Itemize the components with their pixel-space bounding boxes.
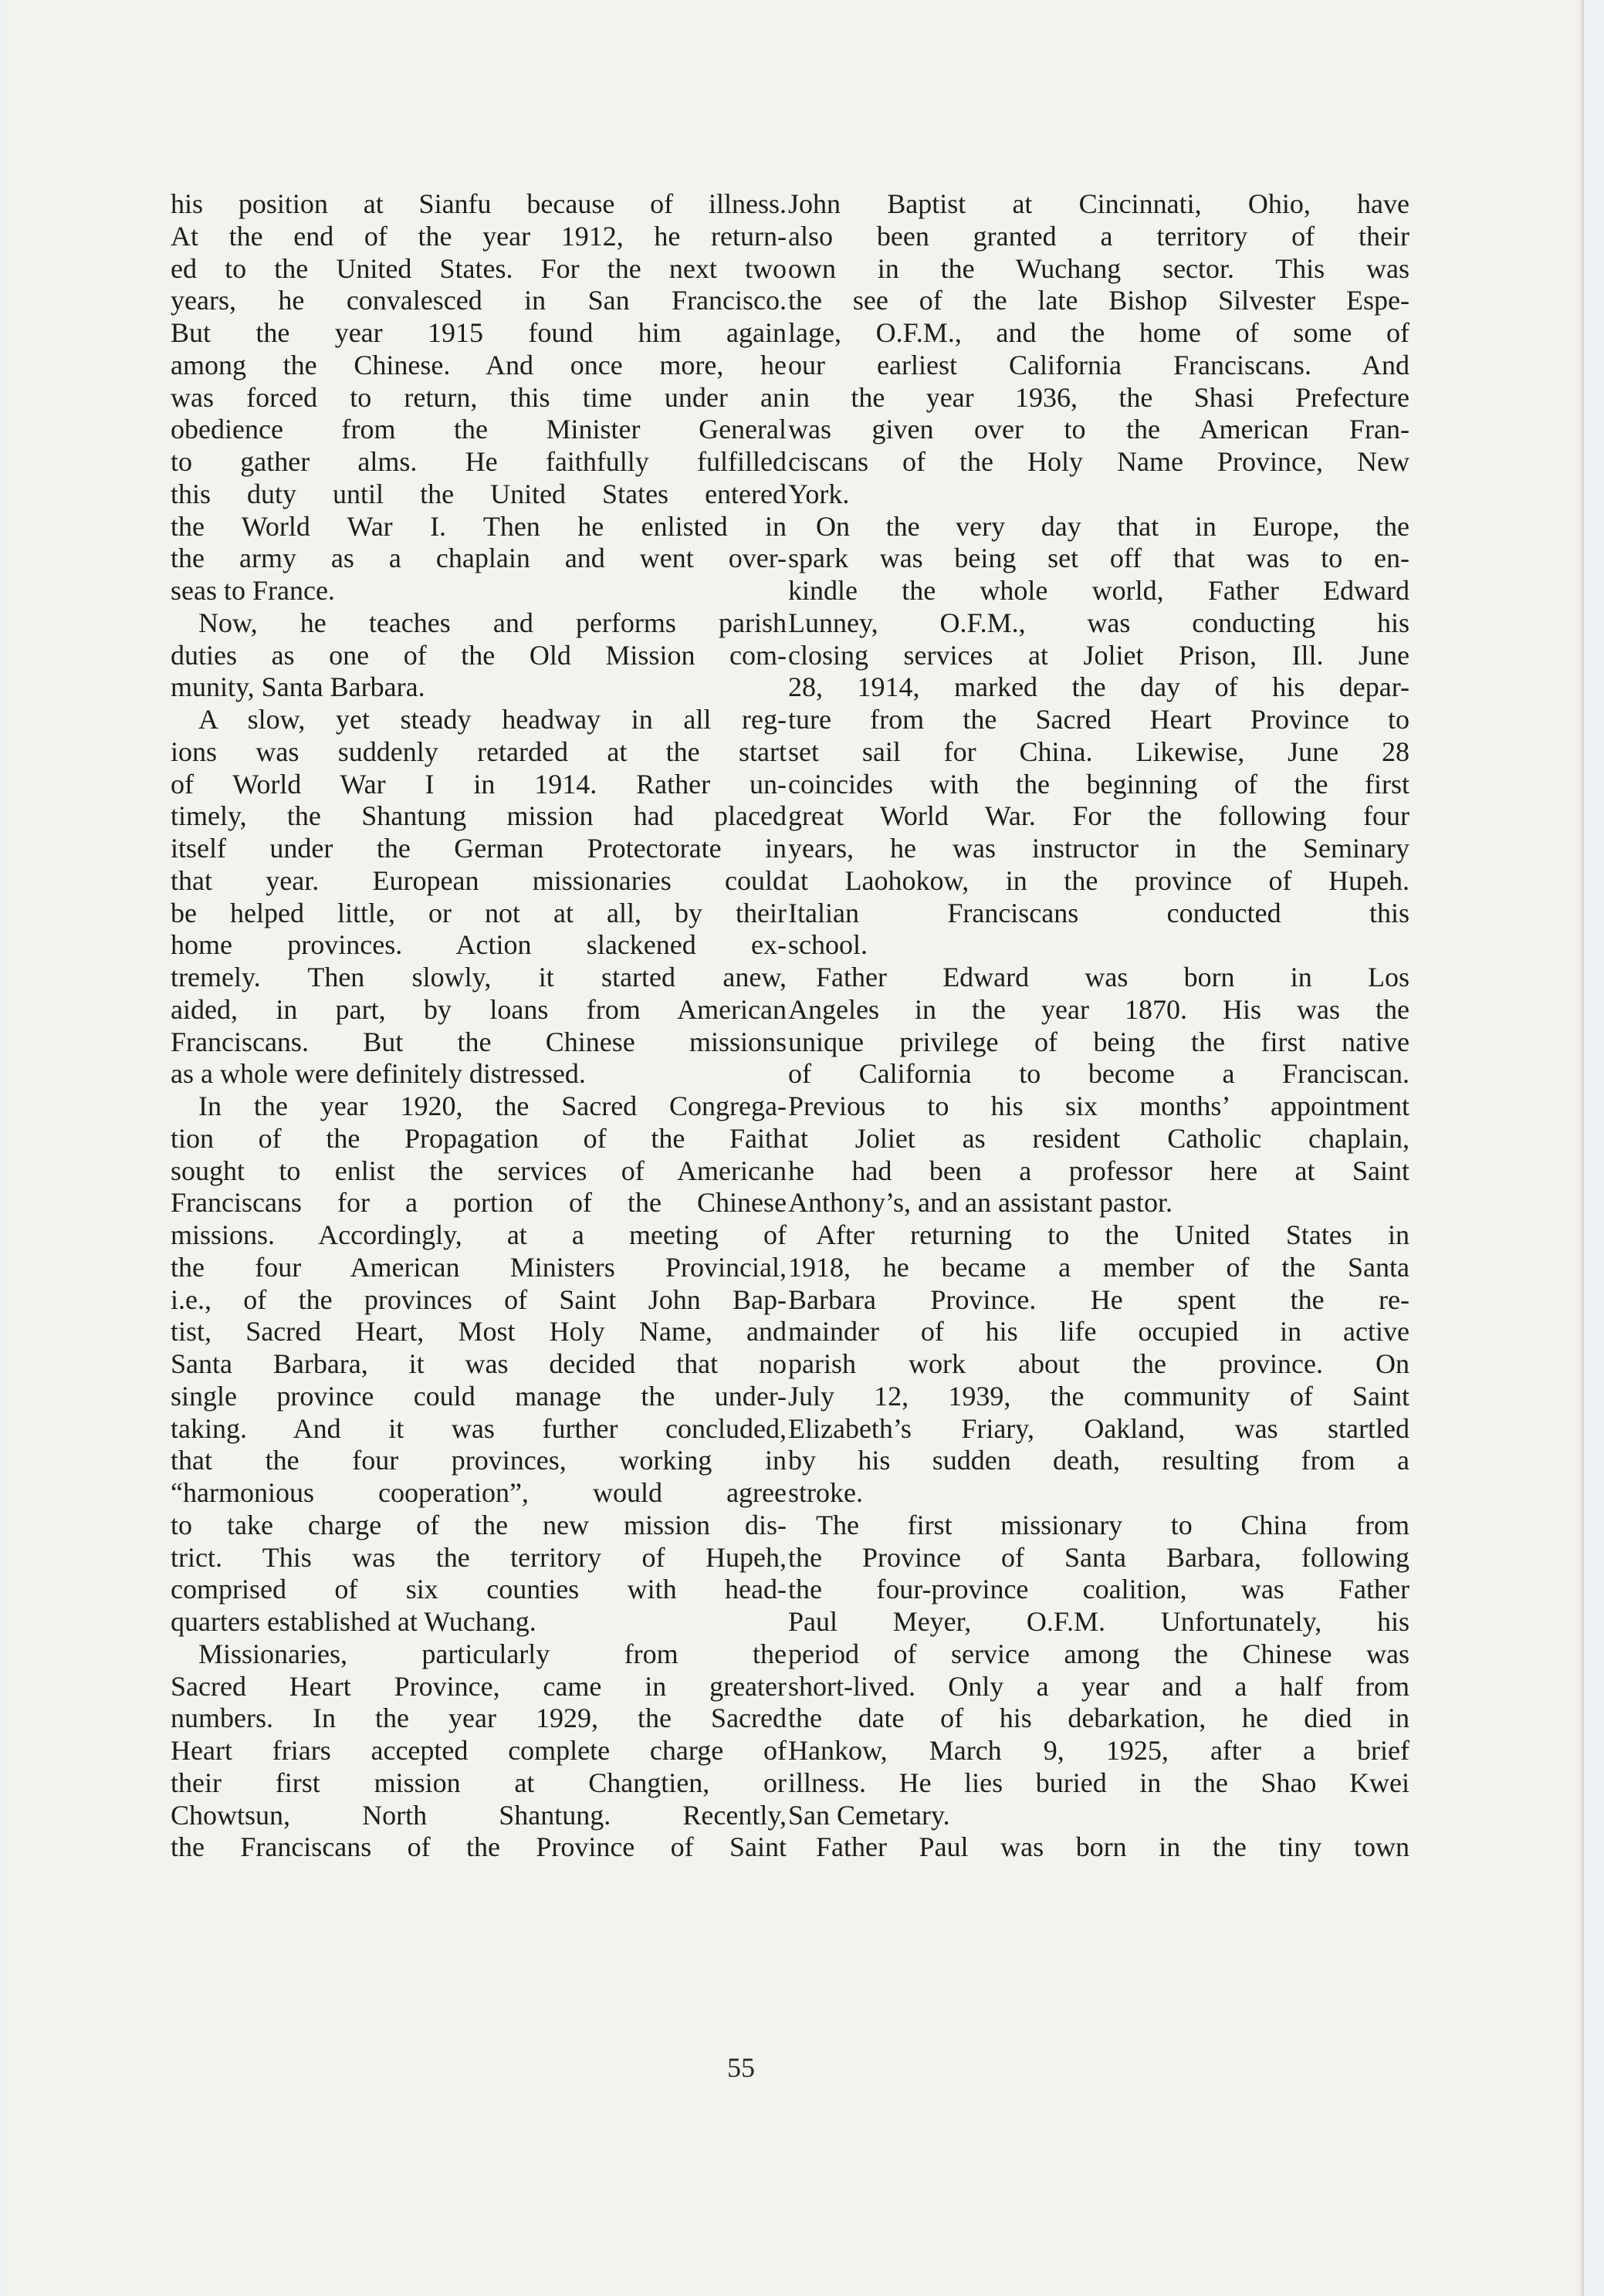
text-line: of World War I in 1914. Rather un- [171,769,787,801]
text-line: Elizabeth’s Friary, Oakland, was startle… [788,1413,1409,1446]
text-line: the World War I. Then he enlisted in [171,511,787,543]
book-page: his position at Sianfu because of illnes… [6,0,1584,2296]
text-line: stroke. [788,1477,1409,1510]
text-line: quarters established at Wuchang. [171,1606,787,1638]
paragraph-first-line: A slow, yet steady headway in all reg- [171,704,787,736]
text-line: Franciscans. But the Chinese missions [171,1026,787,1059]
paragraph-first-line: Missionaries, particularly from the [171,1638,787,1671]
text-line: set sail for China. Likewise, June 28 [788,736,1409,769]
text-line: ions was suddenly retarded at the start [171,736,787,769]
text-line: spark was being set off that was to en- [788,543,1409,575]
text-line: seas to France. [171,575,787,607]
text-line: sought to enlist the services of America… [171,1155,787,1188]
text-line: years, he convalesced in San Francisco. [171,285,787,317]
text-line: was forced to return, this time under an [171,382,787,414]
paragraph-first-line: Father Edward was born in Los [788,962,1409,994]
text-line: of California to become a Franciscan. [788,1058,1409,1091]
text-line: missions. Accordingly, at a meeting of [171,1219,787,1252]
text-line: coincides with the beginning of the firs… [788,769,1409,801]
text-line: numbers. In the year 1929, the Sacred [171,1703,787,1735]
text-line: at Laohokow, in the province of Hupeh. [788,865,1409,898]
text-line: as a whole were definitely distressed. [171,1058,787,1091]
text-line: obedience from the Minister General [171,414,787,446]
text-line: home provinces. Action slackened ex- [171,929,787,962]
text-line: tremely. Then slowly, it started anew, [171,962,787,994]
text-line: tion of the Propagation of the Faith [171,1123,787,1155]
text-line: July 12, 1939, the community of Saint [788,1381,1409,1413]
text-line: be helped little, or not at all, by thei… [171,898,787,930]
text-line: his position at Sianfu because of illnes… [171,188,787,221]
text-line: kindle the whole world, Father Edward [788,575,1409,607]
text-line: Sacred Heart Province, came in greater [171,1671,787,1703]
text-line: Italian Franciscans conducted this [788,898,1409,930]
text-line: to take charge of the new mission dis- [171,1510,787,1542]
paragraph-first-line: The first missionary to China from [788,1510,1409,1542]
text-line: Lunney, O.F.M., was conducting his [788,607,1409,640]
text-line: our earliest California Franciscans. And [788,350,1409,382]
paragraph-first-line: Now, he teaches and performs parish [171,607,787,640]
text-line: was given over to the American Fran- [788,414,1409,446]
text-line: ture from the Sacred Heart Province to [788,704,1409,736]
text-line: mainder of his life occupied in active [788,1316,1409,1348]
text-line: the Franciscans of the Province of Saint [171,1831,787,1864]
text-line: 1918, he became a member of the Santa [788,1252,1409,1284]
text-line: great World War. For the following four [788,800,1409,833]
text-line: own in the Wuchang sector. This was [788,253,1409,286]
text-line: Santa Barbara, it was decided that no [171,1348,787,1381]
text-line: closing services at Joliet Prison, Ill. … [788,640,1409,672]
text-line: aided, in part, by loans from American [171,994,787,1026]
text-line: York. [788,478,1409,511]
text-line: to gather alms. He faithfully fulfilled [171,446,787,478]
text-line: duties as one of the Old Mission com- [171,640,787,672]
text-line: taking. And it was further concluded, [171,1413,787,1446]
text-line: i.e., of the provinces of Saint John Bap… [171,1284,787,1317]
text-line: “harmonious cooperation”, would agree [171,1477,787,1510]
text-line: lage, O.F.M., and the home of some of [788,317,1409,350]
text-line: the date of his debarkation, he died in [788,1703,1409,1735]
text-line: Heart friars accepted complete charge of [171,1735,787,1767]
text-line: comprised of six counties with head- [171,1574,787,1606]
text-line: their first mission at Changtien, or [171,1767,787,1800]
text-line: the army as a chaplain and went over- [171,543,787,575]
text-line: parish work about the province. On [788,1348,1409,1381]
text-line: Anthony’s, and an assistant pastor. [788,1187,1409,1219]
paragraph-first-line: After returning to the United States in [788,1219,1409,1252]
text-line: trict. This was the territory of Hupeh, [171,1542,787,1574]
text-line: Franciscans for a portion of the Chinese [171,1187,787,1219]
text-line: that the four provinces, working in [171,1445,787,1477]
text-line: itself under the German Protectorate in [171,833,787,865]
page-number: 55 [710,2051,772,2084]
text-line: Barbara Province. He spent the re- [788,1284,1409,1317]
text-line: in the year 1936, the Shasi Prefecture [788,382,1409,414]
text-line: single province could manage the under- [171,1381,787,1413]
text-line: the Province of Santa Barbara, following [788,1542,1409,1574]
paragraph-first-line: On the very day that in Europe, the [788,511,1409,543]
text-line: At the end of the year 1912, he return- [171,221,787,253]
text-line: also been granted a territory of their [788,221,1409,253]
text-line: the see of the late Bishop Silvester Esp… [788,285,1409,317]
text-line: 28, 1914, marked the day of his depar- [788,671,1409,704]
text-line: munity, Santa Barbara. [171,671,787,704]
text-line: Angeles in the year 1870. His was the [788,994,1409,1026]
text-line: timely, the Shantung mission had placed [171,800,787,833]
text-line: period of service among the Chinese was [788,1638,1409,1671]
text-line: the four American Ministers Provincial, [171,1252,787,1284]
text-line: Paul Meyer, O.F.M. Unfortunately, his [788,1606,1409,1638]
text-line: years, he was instructor in the Seminary [788,833,1409,865]
text-line: this duty until the United States entere… [171,478,787,511]
text-line: the four-province coalition, was Father [788,1574,1409,1606]
text-line: that year. European missionaries could [171,865,787,898]
text-line: tist, Sacred Heart, Most Holy Name, and [171,1316,787,1348]
right-column: John Baptist at Cincinnati, Ohio, haveal… [788,188,1409,1864]
text-line: John Baptist at Cincinnati, Ohio, have [788,188,1409,221]
paragraph-first-line: Father Paul was born in the tiny town [788,1831,1409,1864]
text-line: unique privilege of being the first nati… [788,1026,1409,1059]
text-line: San Cemetary. [788,1800,1409,1832]
text-line: illness. He lies buried in the Shao Kwei [788,1767,1409,1800]
text-line: But the year 1915 found him again [171,317,787,350]
text-line: by his sudden death, resulting from a [788,1445,1409,1477]
text-line: Hankow, March 9, 1925, after a brief [788,1735,1409,1767]
left-column: his position at Sianfu because of illnes… [171,188,787,1864]
text-line: at Joliet as resident Catholic chaplain, [788,1123,1409,1155]
text-line: Previous to his six months’ appointment [788,1091,1409,1123]
text-line: Chowtsun, North Shantung. Recently, [171,1800,787,1832]
text-line: school. [788,929,1409,962]
text-line: he had been a professor here at Saint [788,1155,1409,1188]
text-line: ed to the United States. For the next tw… [171,253,787,286]
paragraph-first-line: In the year 1920, the Sacred Congrega- [171,1091,787,1123]
text-line: ciscans of the Holy Name Province, New [788,446,1409,478]
text-line: short-lived. Only a year and a half from [788,1671,1409,1703]
text-line: among the Chinese. And once more, he [171,350,787,382]
